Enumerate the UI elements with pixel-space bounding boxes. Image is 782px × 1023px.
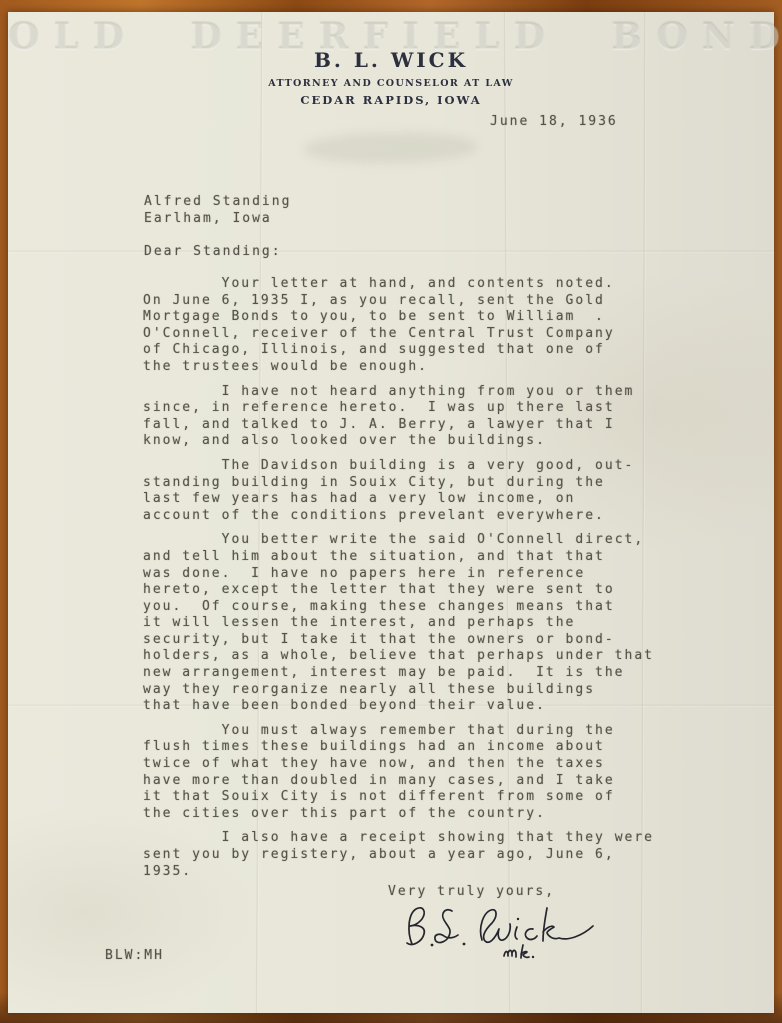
recipient-name: Alfred Standing <box>144 194 291 211</box>
fold-crease-horizontal <box>8 250 774 253</box>
body-paragraph: I have not heard anything from you or th… <box>143 384 763 450</box>
recipient-block: Alfred Standing Earlham, Iowa <box>144 194 291 227</box>
letterhead-name: B. L. WICK <box>8 48 774 72</box>
letterhead-city: CEDAR RAPIDS, IOWA <box>8 93 774 107</box>
ink-bleed-smudge <box>303 130 479 165</box>
date-line: June 18, 1936 <box>490 114 618 131</box>
body-paragraph: You must always remember that during the… <box>143 723 763 823</box>
body-paragraph: The Davidson building is a very good, ou… <box>143 458 763 524</box>
reference-initials: BLW:MH <box>105 948 164 965</box>
letter-body: Your letter at hand, and contents noted.… <box>143 276 763 888</box>
body-paragraph: Your letter at hand, and contents noted.… <box>143 276 763 376</box>
recipient-address: Earlham, Iowa <box>144 211 291 228</box>
letter-paper: OLD DEERFIELD BOND B. L. WICK ATTORNEY A… <box>8 12 774 1013</box>
body-paragraph: I also have a receipt showing that they … <box>143 830 763 880</box>
scanned-letter-photo: { "watermark": "OLD DEERFIELD BOND", "le… <box>0 0 782 1023</box>
letterhead: B. L. WICK ATTORNEY AND COUNSELOR AT LAW… <box>8 48 774 107</box>
handwritten-signature <box>396 898 608 964</box>
letterhead-profession: ATTORNEY AND COUNSELOR AT LAW <box>8 78 774 89</box>
salutation: Dear Standing: <box>144 244 282 261</box>
body-paragraph: You better write the said O'Connell dire… <box>143 532 763 715</box>
